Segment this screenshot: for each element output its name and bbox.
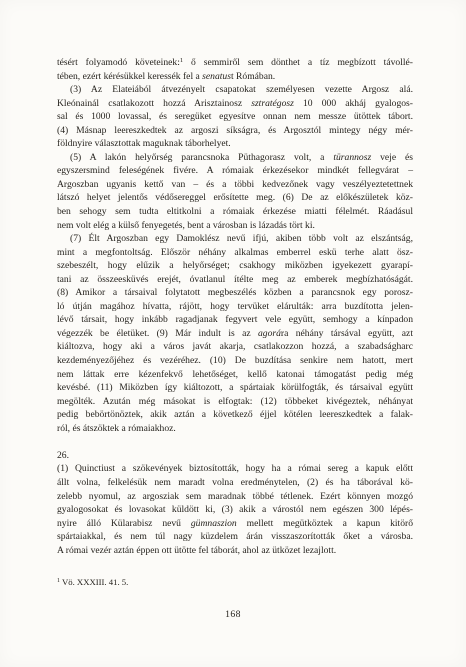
section-paragraphs: (1) Quinctiust a szökevények biztosított… <box>57 462 413 557</box>
text-line: állt volna, felkelésük nem maradt volna … <box>57 476 413 490</box>
text-line: nem láttak erre kézenfekvő lehetőséget, … <box>57 368 413 382</box>
text-line: tani az összeesküvés erejét, óvatlanul í… <box>57 273 413 287</box>
text-line: látszó helyet jelentős védősereggel erős… <box>57 191 413 205</box>
footnote: 1Vö. XXXIII. 41. 5. <box>57 577 413 587</box>
paragraph: (5) A lakón helyőrség parancsnoka Püthag… <box>57 151 413 232</box>
text-line: (7) Élt Argoszban egy Damoklész nevű ifj… <box>57 232 413 246</box>
text-line: zelebb nyomul, az argosziak sem maradnak… <box>57 490 413 504</box>
text-line: (3) Az Elateiából átvezényelt csapatokat… <box>57 83 413 97</box>
text-line: ló útján magához hívatta, rájött, hogy t… <box>57 300 413 314</box>
body-paragraphs: tésért folyamodó követeinek:1 ő semmiről… <box>57 56 413 435</box>
book-page: tésért folyamodó követeinek:1 ő semmiről… <box>0 0 466 667</box>
italic-term: türannosz <box>333 152 371 163</box>
italic-term: sztratégosz <box>251 98 294 109</box>
italic-term: gümnaszion <box>191 518 237 529</box>
text-line: (8) Amikor a társaival folytatott megbes… <box>57 286 413 300</box>
text-line: sal és 1000 lovassal, és seregüket egyes… <box>57 110 413 124</box>
italic-term: senatus <box>202 71 231 82</box>
text-line: megölték. Azután még másokat is elfogtak… <box>57 395 413 409</box>
footnote-marker: 1 <box>57 578 60 584</box>
text-line: kiáltozva, hogy aki a város javát akarja… <box>57 340 413 354</box>
text-line: lévő társait, hogy inkább ragadjanak feg… <box>57 313 413 327</box>
text-line: mint a megfontoltság. Először néhány alk… <box>57 246 413 260</box>
text-line: tésért folyamodó követeinek:1 ő semmiről… <box>57 56 413 70</box>
paragraph: (1) Quinctiust a szökevények biztosított… <box>57 462 413 557</box>
text-column: tésért folyamodó követeinek:1 ő semmiről… <box>57 56 413 557</box>
text-line: A római vezér aztán éppen ott ütötte fel… <box>57 544 413 558</box>
text-line: Kleónainál csatlakozott hozzá Arisztaino… <box>57 97 413 111</box>
text-line: nyire álló Külarabisz nevű gümnaszion me… <box>57 517 413 531</box>
text-line: (1) Quinctiust a szökevények biztosított… <box>57 462 413 476</box>
text-line: (5) A lakón helyőrség parancsnoka Püthag… <box>57 151 413 165</box>
text-line: Argoszban ugyanis kettő van – és a többi… <box>57 178 413 192</box>
text-line: szebeszélt, hogy elűzik a helyőrséget; c… <box>57 259 413 273</box>
italic-term: agorá <box>258 328 281 339</box>
paragraph: (3) Az Elateiából átvezényelt csapatokat… <box>57 83 413 151</box>
footnote-ref: 1 <box>180 57 183 64</box>
text-line: ben sehogy sem tudta eltitkolni a rómaia… <box>57 205 413 219</box>
text-line: pedig bebörtönöztek, akik aztán a követk… <box>57 408 413 422</box>
text-line: végezzék be életüket. (9) Már indult is … <box>57 327 413 341</box>
text-line: nem volt elég a külső fenyegetés, bent a… <box>57 219 413 233</box>
footnote-text: Vö. XXXIII. 41. 5. <box>62 577 128 587</box>
text-line: gyalogosokat és lovasokat küldött ki, (3… <box>57 503 413 517</box>
page-number: 168 <box>0 609 466 620</box>
text-line: spártaiakkal, és nem túl nagy küzdelem á… <box>57 530 413 544</box>
section-heading: 26. <box>57 449 413 463</box>
text-line: egyszersmind feleségének fivére. A római… <box>57 164 413 178</box>
text-line: tében, ezért kérésükkel keressék fel a s… <box>57 70 413 84</box>
text-line: kezdeményezőjéhez és vezéréhez. (10) De … <box>57 354 413 368</box>
text-line: földnyire választottak maguknak táborhel… <box>57 137 413 151</box>
text-line: (4) Másnap leereszkedtek az argoszi síks… <box>57 124 413 138</box>
paragraph: (7) Élt Argoszban egy Damoklész nevű ifj… <box>57 232 413 435</box>
text-line: kevésbé. (11) Miközben így kiáltozott, a… <box>57 381 413 395</box>
paragraph: tésért folyamodó követeinek:1 ő semmiről… <box>57 56 413 83</box>
text-line: ról, és átszöktek a rómaiakhoz. <box>57 422 413 436</box>
